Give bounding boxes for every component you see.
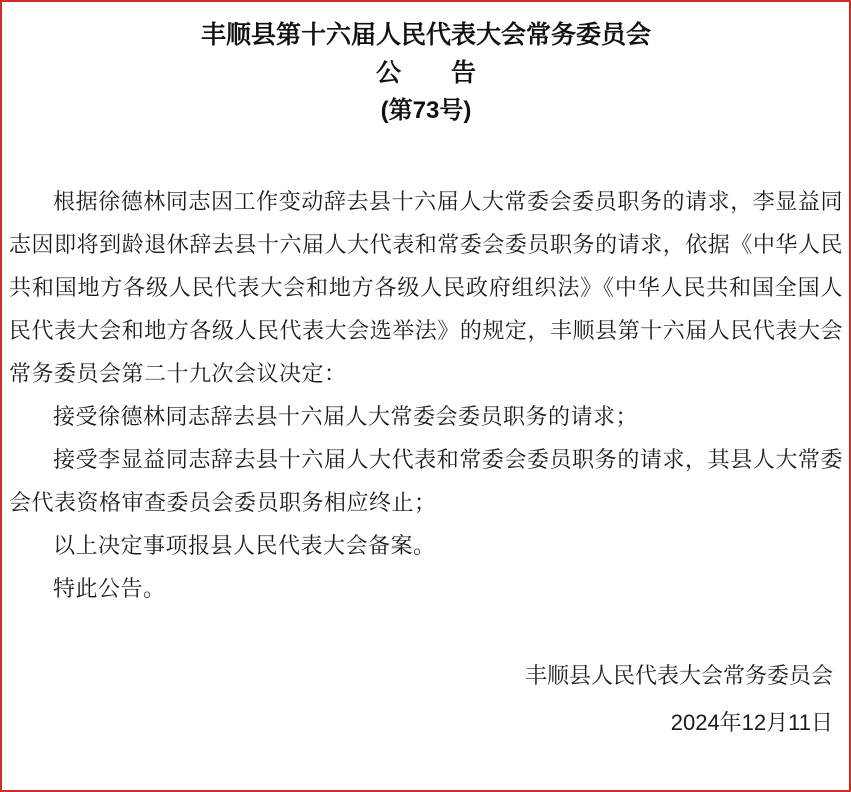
- body-paragraph: 接受徐德林同志辞去县十六届人大常委会委员职务的请求；: [9, 395, 843, 438]
- announcement-document: 丰顺县第十六届人民代表大会常务委员会 公 告 (第73号) 根据徐德林同志因工作…: [0, 0, 851, 792]
- signature-date: 2024年12月11日: [9, 699, 833, 746]
- document-number: (第73号): [9, 92, 843, 130]
- body-paragraph: 以上决定事项报县人民代表大会备案。: [9, 524, 843, 567]
- signature-block: 丰顺县人民代表大会常务委员会 2024年12月11日: [9, 652, 843, 746]
- document-subtitle: 公 告: [9, 54, 843, 92]
- signature-org: 丰顺县人民代表大会常务委员会: [9, 652, 833, 699]
- document-body: 根据徐德林同志因工作变动辞去县十六届人大常委会委员职务的请求，李显益同志因即将到…: [9, 180, 843, 610]
- document-title: 丰顺县第十六届人民代表大会常务委员会: [9, 16, 843, 54]
- body-paragraph: 特此公告。: [9, 567, 843, 610]
- body-paragraph: 根据徐德林同志因工作变动辞去县十六届人大常委会委员职务的请求，李显益同志因即将到…: [9, 180, 843, 395]
- document-header: 丰顺县第十六届人民代表大会常务委员会 公 告 (第73号): [9, 16, 843, 130]
- body-paragraph: 接受李显益同志辞去县十六届人大代表和常委会委员职务的请求，其县人大常委会代表资格…: [9, 438, 843, 524]
